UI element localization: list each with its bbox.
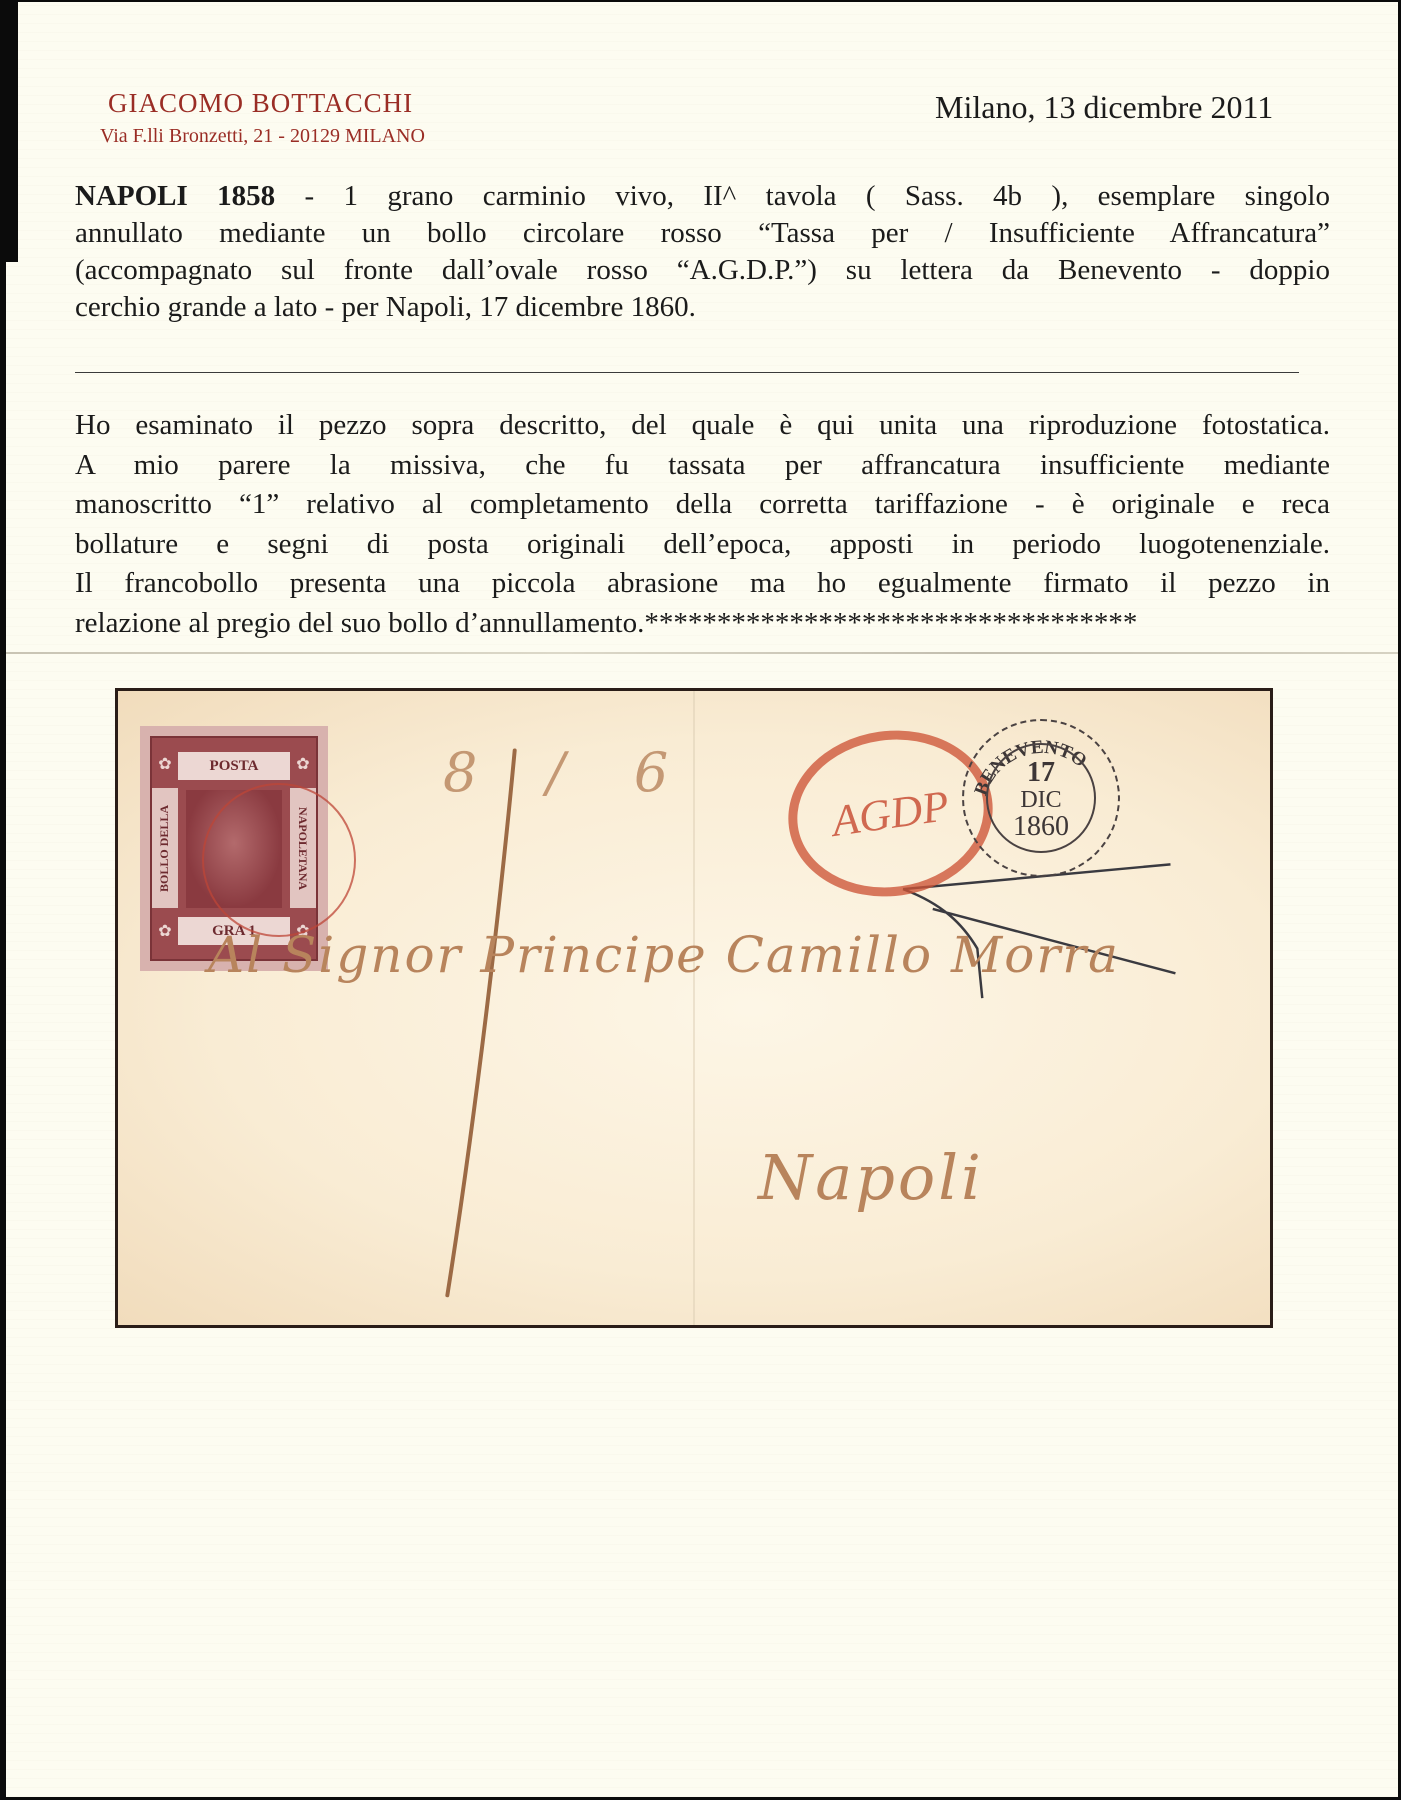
stamp-top-label: POSTA xyxy=(178,752,290,780)
rosette-icon: ✿ xyxy=(154,921,176,943)
opinion-line: manoscritto “1” relativo al completament… xyxy=(75,485,1330,525)
expert-opinion: Ho esaminato il pezzo sopra descritto, d… xyxy=(75,406,1330,643)
manuscript-address: Al Signor Principe Camillo Morra xyxy=(208,926,1120,984)
manuscript-destination: Napoli xyxy=(758,1141,984,1214)
description-line: (accompagnato sul fronte dall’ovale ross… xyxy=(75,252,1330,289)
item-description: NAPOLI 1858 - 1 grano carminio vivo, II^… xyxy=(75,178,1330,326)
red-circular-cancel xyxy=(202,783,356,937)
certificate-page: GIACOMO BOTTACCHI Via F.lli Bronzetti, 2… xyxy=(6,2,1398,1797)
opinion-line: bollature e segni di posta originali del… xyxy=(75,525,1330,565)
benevento-datestamp: BENEVENTO 17 DIC 1860 xyxy=(962,719,1120,877)
opinion-line: A mio parere la missiva, che fu tassata … xyxy=(75,446,1330,486)
opinion-line: Ho esaminato il pezzo sopra descritto, d… xyxy=(75,406,1330,446)
datestamp-year: 1860 xyxy=(988,811,1094,843)
divider-rule xyxy=(75,372,1299,373)
rosette-icon: ✿ xyxy=(292,754,314,776)
expert-address: Via F.lli Bronzetti, 21 - 20129 MILANO xyxy=(100,125,425,148)
opinion-line: relazione al pregio del suo bollo d’annu… xyxy=(75,604,1330,644)
certificate-date: Milano, 13 dicembre 2011 xyxy=(935,89,1273,126)
expert-name: GIACOMO BOTTACCHI xyxy=(108,88,413,119)
description-line: annullato mediante un bollo circolare ro… xyxy=(75,215,1330,252)
item-title: NAPOLI 1858 xyxy=(75,180,275,212)
datestamp-day: 17 xyxy=(988,757,1094,789)
opinion-line: Il francobollo presenta una piccola abra… xyxy=(75,564,1330,604)
description-line: NAPOLI 1858 - 1 grano carminio vivo, II^… xyxy=(75,178,1330,215)
cover-photo: ✿ ✿ ✿ ✿ POSTA BOLLO DELLA NAPOLETANA GRA… xyxy=(115,688,1273,1328)
scan-edge xyxy=(6,2,18,262)
fold-line xyxy=(6,652,1398,654)
rosette-icon: ✿ xyxy=(154,754,176,776)
stamp-left-label: BOLLO DELLA xyxy=(152,788,178,908)
description-line: cerchio grande a lato - per Napoli, 17 d… xyxy=(75,289,1330,326)
datestamp-center: 17 DIC 1860 xyxy=(986,743,1096,853)
manuscript-rate: 8 / 6 xyxy=(443,741,694,804)
datestamp-month: DIC xyxy=(988,787,1094,814)
